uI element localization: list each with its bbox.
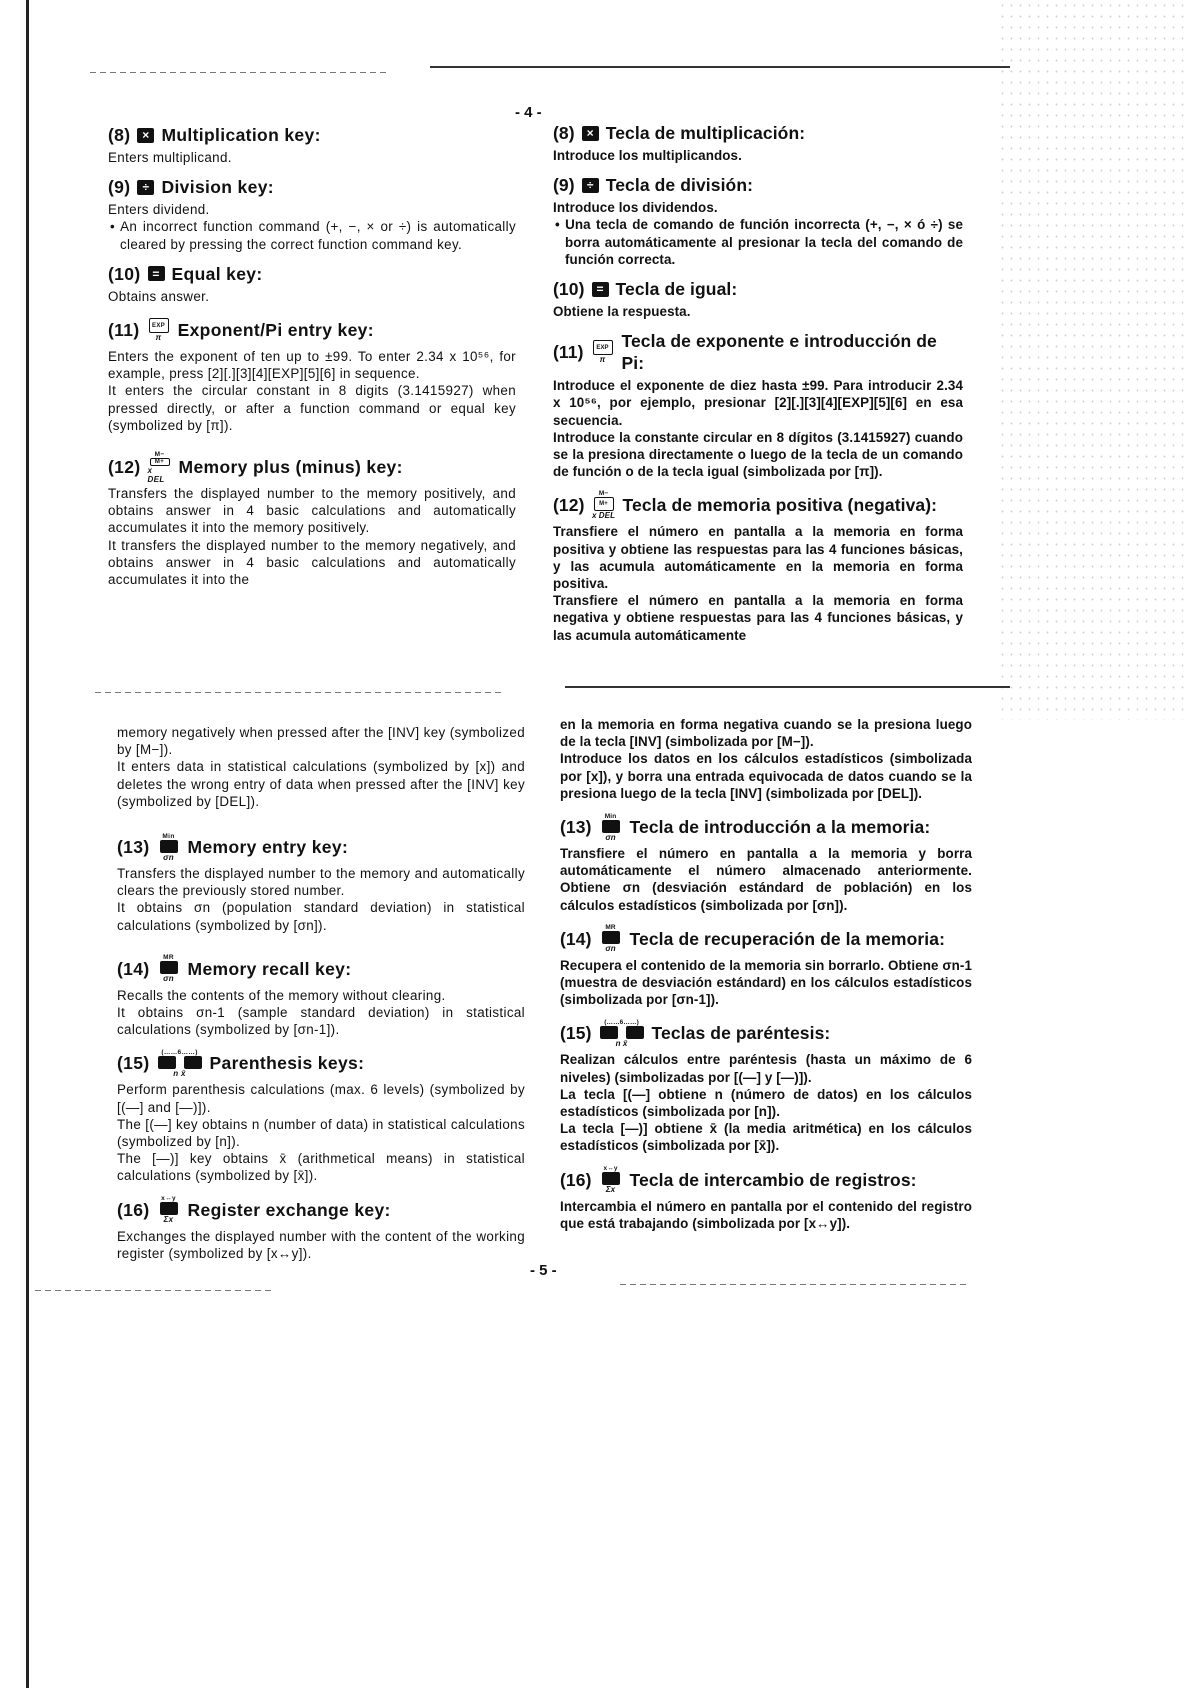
section-15-parenthesis: (15)(……6……)n x̄Parenthesis keys: Perform… xyxy=(117,1048,525,1184)
section-text: It obtains σn (population standard devia… xyxy=(117,899,525,933)
multiply-key-icon: × xyxy=(582,126,599,141)
section-title: Tecla de multiplicación: xyxy=(606,122,805,144)
equal-key-icon: = xyxy=(592,282,609,297)
section-number: (10) xyxy=(108,263,141,285)
section-text: Introduce los datos en los cálculos esta… xyxy=(560,750,972,802)
section-text: La tecla [(—] obtiene n (número de datos… xyxy=(560,1086,972,1120)
bottom-rule-left xyxy=(35,1290,275,1291)
section-title: Parenthesis keys: xyxy=(210,1052,365,1074)
section-10-equal: (10)=Equal key: Obtains answer. xyxy=(108,263,516,305)
section-text: Exchanges the displayed number with the … xyxy=(117,1228,525,1262)
section-text: Transfiere el número en pantalla a la me… xyxy=(553,523,963,592)
section-title: Memory plus (minus) key: xyxy=(179,456,403,478)
seccion-9-division: (9)÷Tecla de división: Introduce los div… xyxy=(553,174,963,268)
section-text: Enters dividend. xyxy=(108,201,516,218)
section-12-memory-plus: (12)M−M+x DELMemory plus (minus) key: Tr… xyxy=(108,452,516,588)
section-text: It enters the circular constant in 8 dig… xyxy=(108,382,516,434)
section-title: Memory entry key: xyxy=(188,836,349,858)
section-number: (16) xyxy=(560,1169,592,1191)
section-title: Division key: xyxy=(161,176,274,198)
section-number: (13) xyxy=(117,836,150,858)
bottom-rule-right xyxy=(620,1284,970,1285)
section-title: Tecla de introducción a la memoria: xyxy=(630,816,931,838)
section-title: Tecla de exponente e introducción de Pi: xyxy=(621,330,963,374)
section-text: Realizan cálculos entre paréntesis (hast… xyxy=(560,1051,972,1085)
page-break-rule-left xyxy=(95,692,505,693)
memory-entry-key-icon: Minσn xyxy=(157,832,181,862)
section-number: (12) xyxy=(553,494,585,516)
section-text: It transfers the displayed number to the… xyxy=(108,537,516,589)
section-number: (15) xyxy=(560,1022,592,1044)
section-number: (8) xyxy=(108,124,130,146)
section-number: (11) xyxy=(108,319,140,341)
seccion-12-memoria-positiva: (12)M−M+x DELTecla de memoria positiva (… xyxy=(553,490,963,643)
section-number: (9) xyxy=(108,176,130,198)
section-text: Introduce el exponente de diez hasta ±99… xyxy=(553,377,963,429)
register-exchange-key-icon: x↔yΣx xyxy=(157,1195,181,1225)
section-title: Tecla de memoria positiva (negativa): xyxy=(623,494,938,516)
equal-key-icon: = xyxy=(148,266,165,281)
section-title: Tecla de recuperación de la memoria: xyxy=(630,928,945,950)
top-rule-left xyxy=(90,72,390,73)
note-bullet: • An incorrect function command (+, −, ×… xyxy=(108,218,516,252)
section-text: The [—)] key obtains x̄ (arithmetical me… xyxy=(117,1150,525,1184)
section-text: Intercambia el número en pantalla por el… xyxy=(560,1198,972,1232)
exp-pi-key-icon: EXPπ xyxy=(591,337,615,367)
section-text: Obtains answer. xyxy=(108,288,516,305)
section-9-division: (9)÷Division key: Enters dividend. • An … xyxy=(108,176,516,253)
section-number: (14) xyxy=(117,958,150,980)
divide-key-icon: ÷ xyxy=(582,178,599,193)
section-text: Recupera el contenido de la memoria sin … xyxy=(560,957,972,1009)
section-text: The [(—] key obtains n (number of data) … xyxy=(117,1116,525,1150)
page-number-bottom: - 5 - xyxy=(530,1262,557,1279)
parenthesis-keys-icon: (……6……)n x̄ xyxy=(157,1048,203,1078)
section-text: Introduce la constante circular en 8 díg… xyxy=(553,429,963,481)
note-bullet: • Una tecla de comando de función incorr… xyxy=(553,216,963,268)
memory-entry-key-icon: Minσn xyxy=(599,812,623,842)
section-text: Perform parenthesis calculations (max. 6… xyxy=(117,1081,525,1115)
section-number: (13) xyxy=(560,816,592,838)
memory-plus-key-icon: M−M+x DEL xyxy=(148,452,172,482)
seccion-14-recuperacion-memoria: (14)MRσnTecla de recuperación de la memo… xyxy=(560,924,972,1009)
section-title: Register exchange key: xyxy=(188,1199,391,1221)
memory-plus-key-icon: M−M+x DEL xyxy=(592,490,616,520)
register-exchange-key-icon: x↔yΣx xyxy=(599,1165,623,1195)
memory-recall-key-icon: MRσn xyxy=(599,924,623,954)
section-title: Exponent/Pi entry key: xyxy=(178,319,374,341)
section-14-memory-recall: (14)MRσnMemory recall key: Recalls the c… xyxy=(117,954,525,1039)
seccion-16-intercambio-registros: (16)x↔yΣxTecla de intercambio de registr… xyxy=(560,1165,972,1232)
section-number: (8) xyxy=(553,122,575,144)
memory-recall-key-icon: MRσn xyxy=(157,954,181,984)
section-text: Introduce los multiplicandos. xyxy=(553,147,963,164)
section-title: Tecla de división: xyxy=(606,174,753,196)
section-text: It enters data in statistical calculatio… xyxy=(117,758,525,810)
seccion-10-igual: (10)=Tecla de igual: Obtiene la respuest… xyxy=(553,278,963,320)
divide-key-icon: ÷ xyxy=(137,180,154,195)
section-13-memory-entry: (13)MinσnMemory entry key: Transfers the… xyxy=(117,832,525,934)
parenthesis-keys-icon: (……6……)n x̄ xyxy=(599,1018,645,1048)
section-title: Equal key: xyxy=(172,263,263,285)
section-number: (14) xyxy=(560,928,592,950)
section-title: Teclas de paréntesis: xyxy=(652,1022,831,1044)
section-text: Transfers the displayed number to the me… xyxy=(108,485,516,537)
section-text: Transfiere el número en pantalla a la me… xyxy=(560,845,972,914)
section-title: Multiplication key: xyxy=(161,124,320,146)
multiply-key-icon: × xyxy=(137,128,154,143)
section-title: Tecla de intercambio de registros: xyxy=(630,1169,917,1191)
page-number-top: - 4 - xyxy=(515,104,542,121)
section-text: Recalls the contents of the memory witho… xyxy=(117,987,525,1004)
section-number: (15) xyxy=(117,1052,150,1074)
section-number: (11) xyxy=(553,341,584,363)
section-title: Memory recall key: xyxy=(188,958,352,980)
section-text: It obtains σn-1 (sample standard deviati… xyxy=(117,1004,525,1038)
seccion-13-introduccion-memoria: (13)MinσnTecla de introducción a la memo… xyxy=(560,812,972,914)
section-number: (12) xyxy=(108,456,141,478)
section-title: Tecla de igual: xyxy=(616,278,738,300)
section-text: Introduce los dividendos. xyxy=(553,199,963,216)
seccion-12-continuacion: en la memoria en forma negativa cuando s… xyxy=(560,716,972,802)
section-text: Transfers the displayed number to the me… xyxy=(117,865,525,899)
page5-english-column: memory negatively when pressed after the… xyxy=(117,724,525,1272)
section-number: (9) xyxy=(553,174,575,196)
page-binding-edge xyxy=(26,0,29,1688)
page-break-rule-right xyxy=(565,686,1010,688)
section-number: (10) xyxy=(553,278,585,300)
section-text: en la memoria en forma negativa cuando s… xyxy=(560,716,972,750)
seccion-11-exponente-pi: (11)EXPπTecla de exponente e introducció… xyxy=(553,330,963,480)
section-8-multiplication: (8)×Multiplication key: Enters multiplic… xyxy=(108,124,516,166)
page4-spanish-column: (8)×Tecla de multiplicación: Introduce l… xyxy=(553,122,963,654)
exp-pi-key-icon: EXPπ xyxy=(147,315,171,345)
seccion-8-multiplicacion: (8)×Tecla de multiplicación: Introduce l… xyxy=(553,122,963,164)
page4-english-column: (8)×Multiplication key: Enters multiplic… xyxy=(108,124,516,598)
top-rule-right xyxy=(430,66,1010,68)
section-12-continuation: memory negatively when pressed after the… xyxy=(117,724,525,810)
section-text: Transfiere el número en pantalla a la me… xyxy=(553,592,963,644)
section-number: (16) xyxy=(117,1199,150,1221)
seccion-15-parentesis: (15)(……6……)n x̄Teclas de paréntesis: Rea… xyxy=(560,1018,972,1154)
section-11-exponent-pi: (11)EXPπExponent/Pi entry key: Enters th… xyxy=(108,315,516,434)
section-text: memory negatively when pressed after the… xyxy=(117,724,525,758)
section-text: Enters multiplicand. xyxy=(108,149,516,166)
scan-noise xyxy=(998,0,1188,720)
section-text: Enters the exponent of ten up to ±99. To… xyxy=(108,348,516,382)
page5-spanish-column: en la memoria en forma negativa cuando s… xyxy=(560,716,972,1242)
section-text: Obtiene la respuesta. xyxy=(553,303,963,320)
section-16-register-exchange: (16)x↔yΣxRegister exchange key: Exchange… xyxy=(117,1195,525,1262)
section-text: La tecla [—)] obtiene x̄ (la media aritm… xyxy=(560,1120,972,1154)
